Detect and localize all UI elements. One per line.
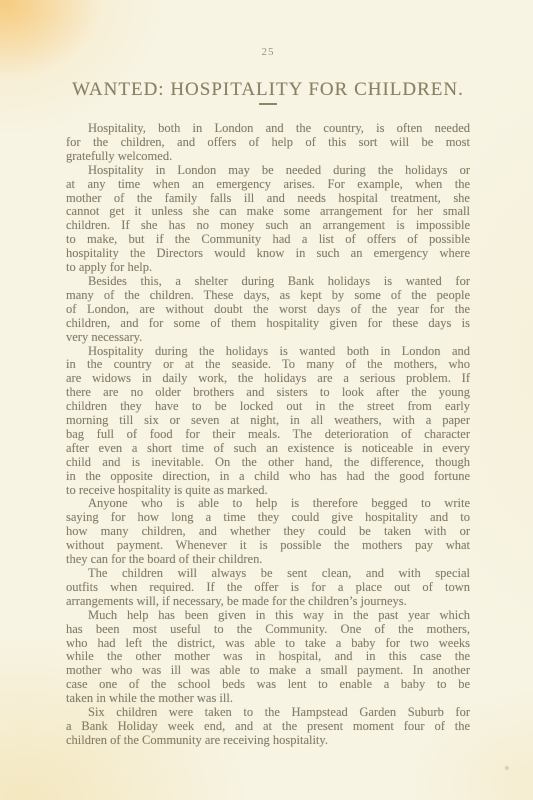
text-line: are widows in daily work, the holidays a…	[66, 372, 470, 386]
text-line: very necessary.	[66, 331, 470, 345]
text-line: to receive hospitality is quite as marke…	[66, 484, 470, 498]
text-line: arrangements will, if necessary, be made…	[66, 595, 470, 609]
text-line: The children will always be sent clean, …	[66, 567, 470, 581]
paragraph: Hospitality during the holidays is wante…	[66, 345, 470, 498]
text-line: there are no older brothers and sisters …	[66, 386, 470, 400]
text-line: who had left the district, was able to t…	[66, 637, 470, 651]
title-rule-divider	[259, 103, 277, 105]
text-line: Besides this, a shelter during Bank holi…	[66, 275, 470, 289]
text-line: bag full of food for their meals. The de…	[66, 428, 470, 442]
text-line: gratefully welcomed.	[66, 150, 470, 164]
text-line: morning till six or seven at night, in a…	[66, 414, 470, 428]
text-line: taken in while the mother was ill.	[66, 692, 470, 706]
paragraph: Hospitality, both in London and the coun…	[66, 122, 470, 164]
text-line: Anyone who is able to help is therefore …	[66, 497, 470, 511]
page-number: 25	[66, 46, 470, 59]
text-line: mother of the family falls ill and needs…	[66, 192, 470, 206]
text-line: has been most useful to the Community. O…	[66, 623, 470, 637]
text-line: Hospitality in London may be needed duri…	[66, 164, 470, 178]
page-title: WANTED: HOSPITALITY FOR CHILDREN.	[66, 78, 470, 101]
text-line: children of the Community are receiving …	[66, 734, 470, 748]
text-line: children, and for some of them hospitali…	[66, 317, 470, 331]
text-line: many of the children. These days, as kep…	[66, 289, 470, 303]
text-line: they can for the board of their children…	[66, 553, 470, 567]
text-line: Six children were taken to the Hampstead…	[66, 706, 470, 720]
paragraph: Besides this, a shelter during Bank holi…	[66, 275, 470, 345]
text-line: how many children, and whether they coul…	[66, 525, 470, 539]
text-line: of London, are without doubt the worst d…	[66, 303, 470, 317]
text-line: children. If she has no money such an ar…	[66, 219, 470, 233]
text-line: while the other mother was in hospital, …	[66, 650, 470, 664]
text-line: in the opposite direction, in a child wh…	[66, 470, 470, 484]
paragraph: Anyone who is able to help is therefore …	[66, 497, 470, 567]
text-line: hospitality the Directors would know in …	[66, 247, 470, 261]
document-body: Hospitality, both in London and the coun…	[66, 122, 470, 748]
text-line: Hospitality, both in London and the coun…	[66, 122, 470, 136]
paragraph: Much help has been given in this way in …	[66, 609, 470, 706]
text-line: a Bank Holiday week end, and at the pres…	[66, 720, 470, 734]
page-content: 25 WANTED: HOSPITALITY FOR CHILDREN. Hos…	[66, 46, 470, 748]
text-line: outfits when required. If the offer is f…	[66, 581, 470, 595]
text-line: Much help has been given in this way in …	[66, 609, 470, 623]
scanned-book-page: 25 WANTED: HOSPITALITY FOR CHILDREN. Hos…	[0, 0, 533, 800]
paragraph: Hospitality in London may be needed duri…	[66, 164, 470, 275]
text-line: to apply for help.	[66, 261, 470, 275]
text-line: after even a short time of such an exist…	[66, 442, 470, 456]
text-line: mother who was ill was able to make a sm…	[66, 664, 470, 678]
text-line: child and is inevitable. On the other ha…	[66, 456, 470, 470]
text-line: case one of the school beds was lent to …	[66, 678, 470, 692]
paragraph: The children will always be sent clean, …	[66, 567, 470, 609]
text-line: at any time when an emergency arises. Fo…	[66, 178, 470, 192]
text-line: without payment. Whenever it is possible…	[66, 539, 470, 553]
text-line: children they have to be locked out in t…	[66, 400, 470, 414]
paragraph: Six children were taken to the Hampstead…	[66, 706, 470, 748]
text-line: cannot get it unless she can make some a…	[66, 205, 470, 219]
text-line: saying for how long a time they could gi…	[66, 511, 470, 525]
text-line: for the children, and offers of help of …	[66, 136, 470, 150]
text-line: to make, but if the Community had a list…	[66, 233, 470, 247]
text-line: Hospitality during the holidays is wante…	[66, 345, 470, 359]
text-line: in the country or at the seaside. To man…	[66, 358, 470, 372]
